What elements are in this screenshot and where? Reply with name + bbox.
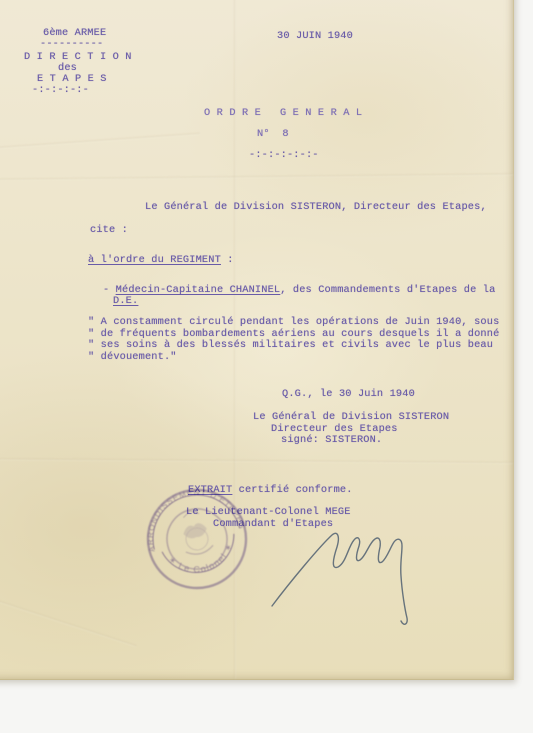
scanned-document-view: 6ème ARMEE ---------- D I R E C T I O N …	[0, 0, 533, 733]
citation-de-underlined: D.E.	[113, 295, 138, 307]
letterhead-separator: -:-:-:-:-	[32, 85, 89, 97]
order-heading-line: à l'ordre du REGIMENT :	[88, 255, 234, 267]
cite-line: cite :	[90, 225, 128, 237]
handwritten-signature	[262, 518, 422, 633]
stamp-emblem	[176, 507, 214, 556]
citation-rest: , des Commandements d'Etapes de la	[280, 284, 495, 296]
opening-line: Le Général de Division SISTERON, Directe…	[145, 202, 487, 214]
svg-text:ARRONDISSEMENT D'ETAPES: ARRONDISSEMENT D'ETAPES	[143, 485, 247, 553]
citation-line-1: - Médecin-Capitaine CHANINEL, des Comman…	[103, 285, 495, 297]
citation-line-2: D.E.	[113, 296, 138, 308]
signature-stroke	[272, 533, 407, 624]
place-date-line: Q.G., le 30 Juin 1940	[282, 389, 415, 401]
letterhead-dashes: ----------	[40, 39, 103, 51]
quote-line-4: " dévouement."	[88, 352, 177, 364]
order-heading-colon: :	[221, 254, 234, 266]
paper-sheet: 6ème ARMEE ---------- D I R E C T I O N …	[0, 0, 514, 680]
order-title: O R D R E G E N E R A L	[204, 108, 362, 120]
signatory-signed: signé: SISTERON.	[281, 435, 382, 447]
citation-officer-name: Médecin-Capitaine CHANINEL	[116, 284, 281, 296]
quote-line-3: " ses soins à des blessés militaires et …	[88, 340, 493, 352]
order-heading-underlined: à l'ordre du REGIMENT	[88, 254, 221, 266]
quote-line-1: " A constamment circulé pendant les opér…	[88, 317, 499, 329]
diagonal-wrinkle-top-left	[0, 133, 200, 150]
signatory-name: Le Général de Division SISTERON	[253, 412, 449, 424]
circular-official-stamp: ARRONDISSEMENT D'ETAPES ✶ Le Colonel ✶	[143, 485, 251, 593]
horizontal-fold-crease-lower	[0, 458, 513, 464]
typed-date: 30 JUIN 1940	[277, 31, 353, 43]
stamp-arc-top-text: ARRONDISSEMENT D'ETAPES	[143, 485, 247, 553]
order-number: N° 8	[257, 129, 289, 141]
stamp-outer-ring	[143, 485, 251, 593]
diagonal-wrinkle-bottom-left	[0, 599, 137, 647]
horizontal-fold-crease-upper	[0, 173, 513, 180]
title-separator: -:-:-:-:-:-	[249, 150, 319, 162]
letterhead-direction: D I R E C T I O N	[24, 52, 132, 64]
